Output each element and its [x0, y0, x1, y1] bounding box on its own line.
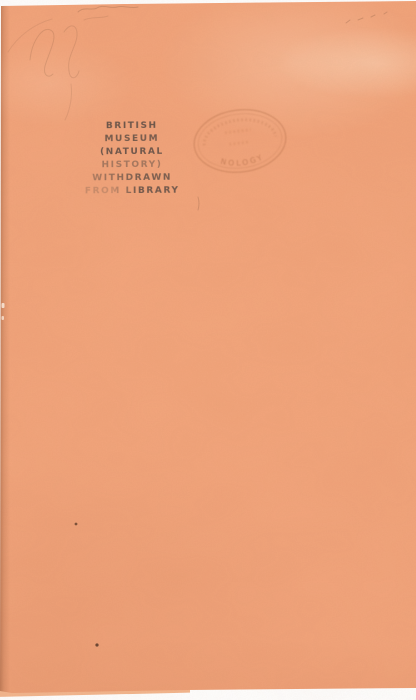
book-cover-page: NOLOGY BRITISH MUSEUM (NATURAL HISTORY) …: [0, 0, 416, 700]
stamp-line: HISTORY): [101, 159, 162, 172]
stamp-line: WITHDRAWN: [92, 172, 172, 186]
stamp-line: FROM LIBRARY: [85, 185, 180, 199]
withdrawn-stamp: BRITISH MUSEUM (NATURAL HISTORY) WITHDRA…: [84, 120, 181, 199]
stamp-line: (NATURAL: [100, 146, 164, 159]
stamp-line: BRITISH: [106, 120, 158, 133]
oval-stamp: NOLOGY: [0, 0, 416, 700]
oval-stamp-illegible-center-text: [225, 130, 252, 145]
stamp-line: MUSEUM: [104, 133, 159, 146]
scanned-page: NOLOGY BRITISH MUSEUM (NATURAL HISTORY) …: [0, 0, 416, 700]
